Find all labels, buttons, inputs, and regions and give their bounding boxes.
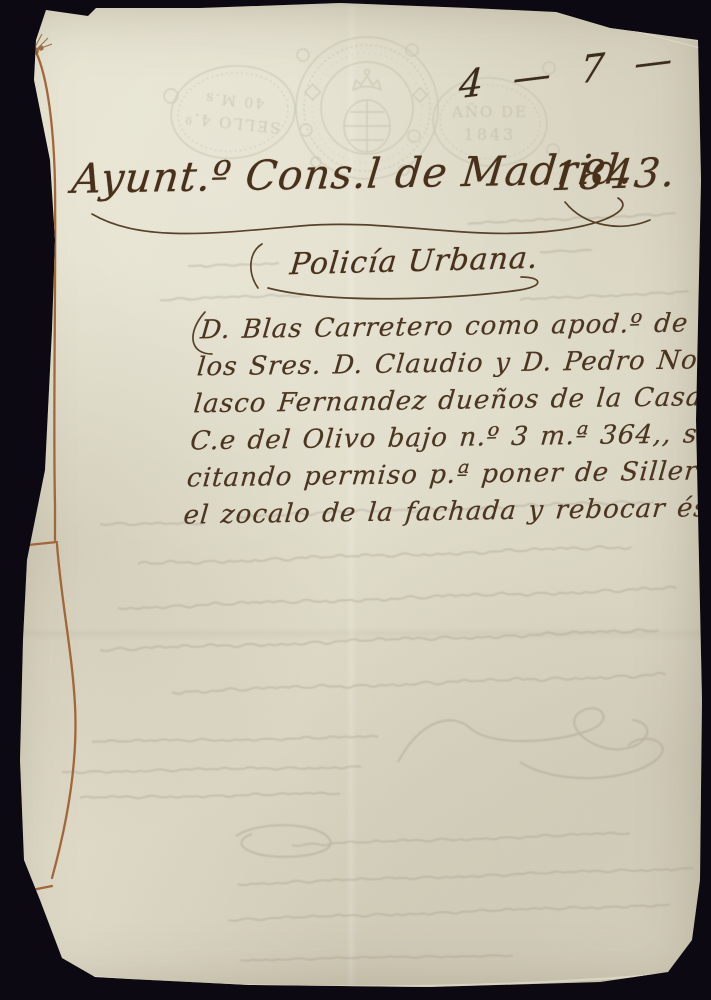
- stamp-left-line1: SELLO 4.º: [182, 109, 281, 137]
- archive-photo-backdrop: SELLO 4.º 40 M.s: [0, 0, 711, 1000]
- petition-body: D. Blas Carretero como apod.º de los Sre…: [182, 305, 694, 534]
- archival-number: 4 — 7 — 93: [458, 25, 711, 108]
- body-line: el zocalo de la fachada y rebocar ésta.: [182, 491, 677, 535]
- stamp-left-oval: [167, 60, 300, 164]
- stamp-right-line2: 1843: [464, 125, 517, 144]
- manuscript-page: SELLO 4.º 40 M.s: [0, 0, 711, 1000]
- stamp-left-line2: 40 M.s: [203, 89, 265, 111]
- section-title: Policía Urbana.: [288, 241, 540, 283]
- header-year: 1843.: [550, 150, 679, 201]
